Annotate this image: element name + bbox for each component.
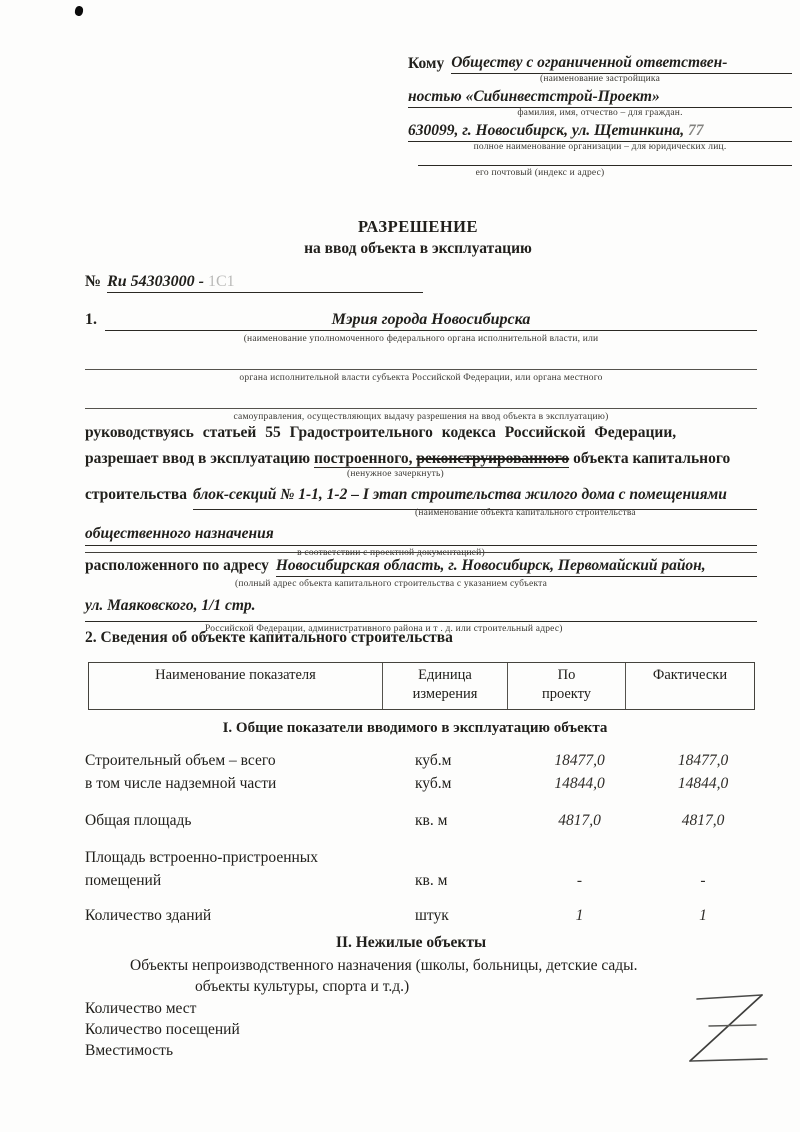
item-capacity: Вместимость: [85, 1040, 757, 1061]
addressee-block: Кому Обществу с ограниченной ответствен-…: [408, 53, 792, 179]
blank-line-postal: [418, 153, 792, 166]
addressee-address: 630099, г. Новосибирск, ул. Щетинкина, 7…: [408, 121, 792, 142]
address-label: расположенного по адресу: [85, 557, 269, 577]
hint-authority-2: органа исполнительной власти субъекта Ро…: [85, 373, 757, 384]
hint-developer-name: (наименование застройщика: [408, 74, 792, 85]
address-value-2: ул. Маяковского, 1/1 стр.: [85, 597, 256, 614]
addressee-name-part2: ностью «Сибинвестстрой-Проект»: [408, 87, 792, 108]
row-project-value: -: [522, 869, 637, 892]
part-2-items: Количество мест Количество посещений Вме…: [85, 998, 757, 1061]
addressee-line-1: Кому Обществу с ограниченной ответствен-: [408, 53, 792, 74]
col-header-by-project: По проекту: [507, 663, 625, 709]
indicators-rows: Строительный объем – всего куб.м 18477,0…: [85, 749, 757, 927]
address-line-2: ул. Маяковского, 1/1 стр.: [85, 597, 757, 622]
body-line-3: строительства блок-секций № 1-1, 1-2 – I…: [85, 482, 757, 510]
row-project-value: 1: [522, 904, 637, 927]
authority-name: Мэрия города Новосибирска: [105, 311, 757, 331]
document-subtitle: на ввод объекта в эксплуатацию: [36, 240, 800, 258]
row-actual-value: 14844,0: [637, 772, 757, 795]
authority-line: 1. Мэрия города Новосибирска: [85, 311, 757, 331]
permit-body-paragraph: руководствуясь статьей 55 Градостроитель…: [85, 420, 757, 559]
indicators-table-header: Наименование показателя Единица измерени…: [88, 662, 755, 710]
item-number-1: 1.: [85, 311, 97, 331]
row-project-value: 14844,0: [522, 772, 637, 795]
row-unit: куб.м: [415, 749, 522, 772]
part-2-heading: II. Нежилые объекты: [85, 932, 757, 953]
reconstructed-word-struck: реконструированного: [416, 450, 569, 467]
hint-postal-address: его почтовый (индекс и адрес): [408, 168, 792, 179]
table-row: Общая площадь кв. м 4817,0 4817,0: [85, 809, 757, 832]
body-line-2-prefix: разрешает ввод в эксплуатацию: [85, 450, 310, 467]
table-row: в том числе надземной части куб.м 14844,…: [85, 772, 757, 795]
construction-label: строительства: [85, 482, 187, 510]
row-name: Площадь встроенно-пристроенных помещений: [85, 846, 415, 892]
address-line-1: расположенного по адресу Новосибирская о…: [85, 557, 757, 577]
item-visits-count: Количество посещений: [85, 1019, 757, 1040]
hint-fio: фамилия, имя, отчество – для граждан.: [408, 108, 792, 119]
hint-address-1: (полный адрес объекта капитального строи…: [85, 579, 757, 590]
permit-number-value: Ru 54303000 -: [107, 273, 204, 290]
number-sign: №: [85, 273, 101, 293]
row-name: Строительный объем – всего: [85, 749, 415, 772]
scan-artifact-dot: [74, 5, 84, 16]
nonproduction-objects-line-2: объекты культуры, спорта и т.д.): [195, 976, 757, 997]
document-page: Кому Обществу с ограниченной ответствен-…: [0, 0, 800, 1132]
address-value-1: Новосибирская область, г. Новосибирск, П…: [276, 557, 757, 577]
document-title: РАЗРЕШЕНИЕ: [36, 217, 800, 237]
table-row: Строительный объем – всего куб.м 18477,0…: [85, 749, 757, 772]
nonproduction-objects-line-1: Объекты непроизводственного назначения (…: [130, 955, 757, 976]
row-actual-value: -: [637, 869, 757, 892]
hint-org-name: полное наименование организации – для юр…: [408, 142, 792, 153]
table-row: Количество зданий штук 1 1: [85, 904, 757, 927]
body-line-2-suffix: объекта капитального: [573, 450, 730, 467]
row-unit: кв. м: [415, 869, 522, 892]
object-name-continuation: общественного назначения: [85, 521, 757, 546]
part-2-section: II. Нежилые объекты Объекты непроизводст…: [85, 932, 757, 1061]
row-actual-value: 18477,0: [637, 749, 757, 772]
row-unit: куб.м: [415, 772, 522, 795]
section-2-heading: 2. Сведения об объекте капитального стро…: [85, 629, 453, 647]
row-unit: кв. м: [415, 809, 522, 832]
document-title-block: РАЗРЕШЕНИЕ на ввод объекта в эксплуатаци…: [0, 217, 800, 258]
col-header-indicator-name: Наименование показателя: [89, 663, 382, 709]
table-row: Площадь встроенно-пристроенных помещений…: [85, 846, 757, 892]
issuing-authority-section: 1. Мэрия города Новосибирска (наименован…: [85, 311, 757, 423]
hint-authority-1: (наименование уполномоченного федерально…: [85, 334, 757, 345]
item-seats-count: Количество мест: [85, 998, 757, 1019]
object-address-section: расположенного по адресу Новосибирская о…: [85, 552, 757, 635]
permit-number: Ru 54303000 -1С1: [107, 273, 423, 293]
to-label: Кому: [408, 54, 444, 74]
row-actual-value: 1: [637, 904, 757, 927]
row-project-value: 18477,0: [522, 749, 637, 772]
col-header-actual: Фактически: [625, 663, 754, 709]
row-actual-value: 4817,0: [637, 809, 757, 832]
addressee-name-part1: Обществу с ограниченной ответствен-: [451, 53, 792, 74]
row-project-value: 4817,0: [522, 809, 637, 832]
object-name-value: блок-секций № 1-1, 1-2 – I этап строител…: [193, 482, 757, 510]
part-1-heading: I. Общие показатели вводимого в эксплуат…: [0, 720, 800, 737]
blank-line-authority-1: [85, 349, 757, 370]
row-name: Количество зданий: [85, 904, 415, 927]
built-reconstructed-choice: построенного, реконструированного: [314, 450, 569, 468]
col-header-unit: Единица измерения: [382, 663, 507, 709]
addressee-address-text: 630099, г. Новосибирск, ул. Щетинкина,: [408, 122, 684, 139]
row-name: Общая площадь: [85, 809, 415, 832]
permit-number-faint-mark: 1С1: [208, 273, 235, 290]
built-word: построенного,: [314, 450, 413, 467]
row-unit: штук: [415, 904, 522, 927]
blank-line-authority-2: [85, 388, 757, 409]
addressee-house-number: 77: [688, 122, 704, 139]
handwritten-z-mark: [683, 988, 775, 1068]
permit-number-line: № Ru 54303000 -1С1: [85, 273, 423, 293]
body-line-1: руководствуясь статьей 55 Градостроитель…: [85, 420, 757, 446]
object-name-value-2: общественного назначения: [85, 525, 274, 542]
row-name: в том числе надземной части: [85, 772, 415, 795]
